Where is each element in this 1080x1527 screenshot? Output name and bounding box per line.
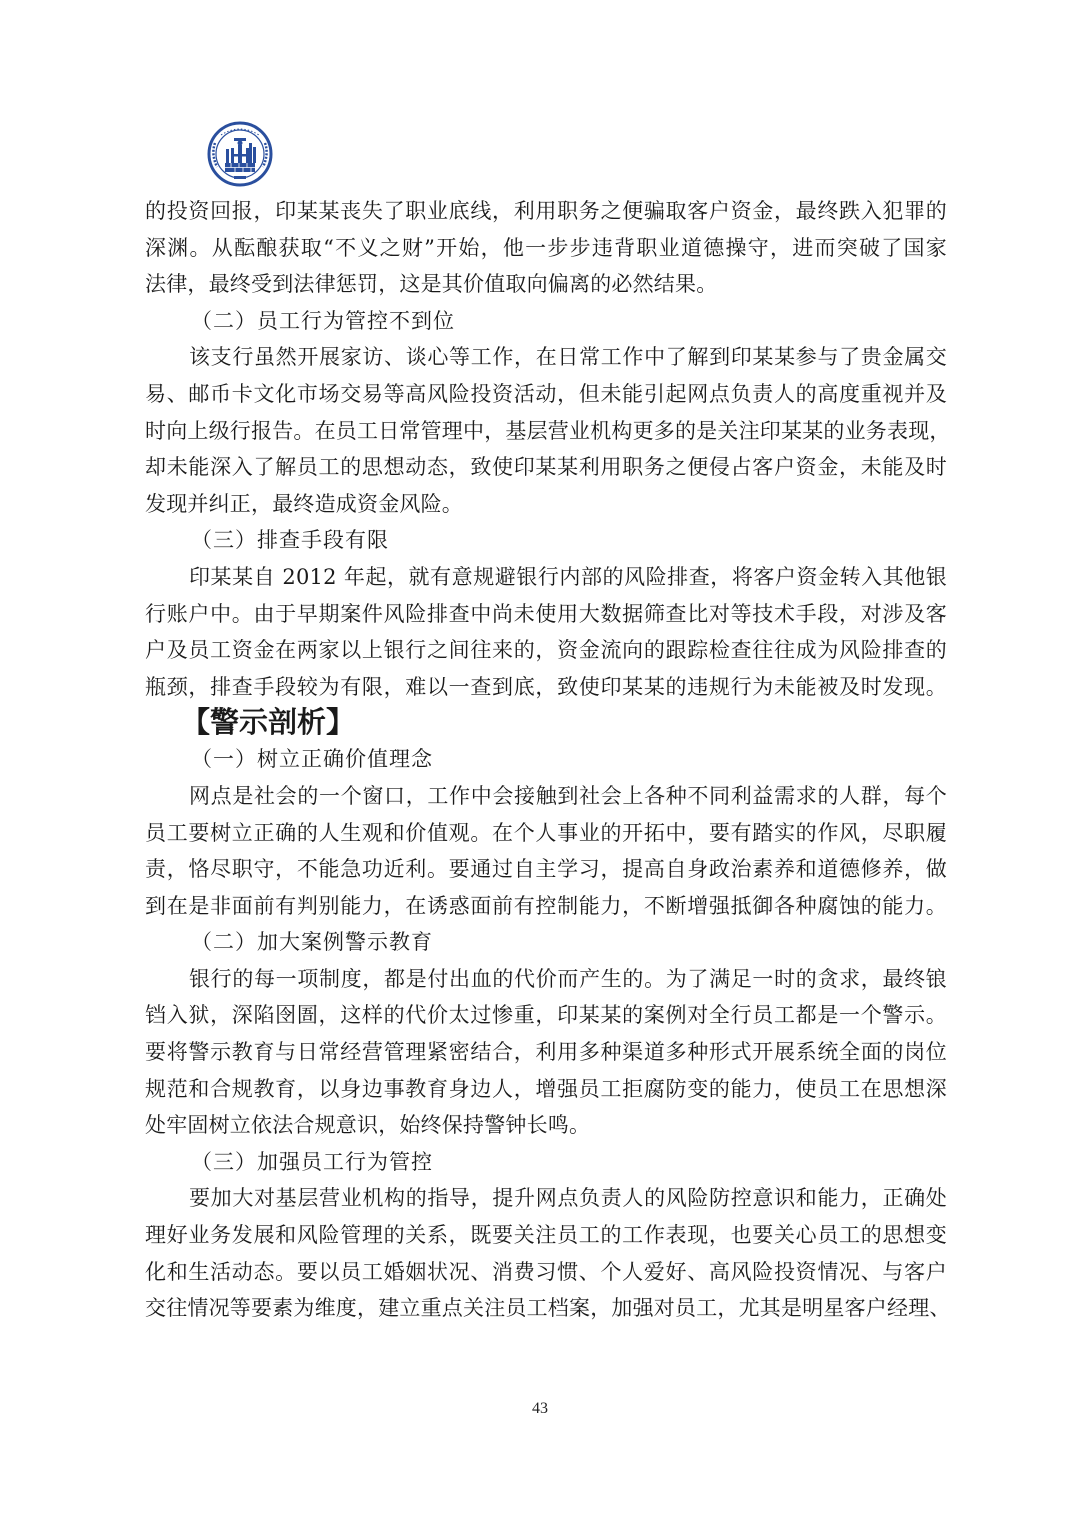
text-line: 交往情况等要素为维度，建立重点关注员工档案，加强对员工，尤其是明星客户经理、 [145, 1290, 947, 1327]
text-line: 时向上级行报告。在员工日常管理中，基层营业机构更多的是关注印某某的业务表现， [145, 413, 947, 450]
text-line: 网点是社会的一个窗口，工作中会接触到社会上各种不同利益需求的人群，每个 [145, 778, 947, 815]
paragraph: 要加大对基层营业机构的指导，提升网点负责人的风险防控意识和能力，正确处 理好业务… [145, 1180, 947, 1326]
subsection-heading: （三）排查手段有限 [145, 522, 947, 559]
text-line: 化和生活动态。要以员工婚姻状况、消费习惯、个人爱好、高风险投资情况、与客户 [145, 1254, 947, 1291]
text-line: 理好业务发展和风险管理的关系，既要关注员工的工作表现，也要关心员工的思想变 [145, 1217, 947, 1254]
text-line: 发现并纠正，最终造成资金风险。 [145, 486, 947, 523]
subsection-heading: （一）树立正确价值理念 [145, 741, 947, 778]
paragraph: 印某某自 2012 年起，就有意规避银行内部的风险排查，将客户资金转入其他银 行… [145, 559, 947, 705]
subsection-heading: （二）员工行为管控不到位 [145, 303, 947, 340]
text-line: 处牢固树立依法合规意识，始终保持警钟长鸣。 [145, 1107, 947, 1144]
text-line: 银行的每一项制度，都是付出血的代价而产生的。为了满足一时的贪求，最终锒 [145, 961, 947, 998]
paragraph-continued: 的投资回报，印某某丧失了职业底线，利用职务之便骗取客户资金，最终跌入犯罪的 深渊… [145, 193, 947, 303]
text-line: 铛入狱，深陷囹圄，这样的代价太过惨重，印某某的案例对全行员工都是一个警示。 [145, 997, 947, 1034]
text-line: 的投资回报，印某某丧失了职业底线，利用职务之便骗取客户资金，最终跌入犯罪的 [145, 193, 947, 230]
text-line: 到在是非面前有判别能力，在诱惑面前有控制能力，不断增强抵御各种腐蚀的能力。 [145, 888, 947, 925]
text-line: 该支行虽然开展家访、谈心等工作，在日常工作中了解到印某某参与了贵金属交 [145, 339, 947, 376]
text-line: 瓶颈，排查手段较为有限，难以一查到底，致使印某某的违规行为未能被及时发现。 [145, 669, 947, 706]
paragraph: 银行的每一项制度，都是付出血的代价而产生的。为了满足一时的贪求，最终锒 铛入狱，… [145, 961, 947, 1144]
text-line: 易、邮币卡文化市场交易等高风险投资活动，但未能引起网点负责人的高度重视并及 [145, 376, 947, 413]
subsection-heading: （二）加大案例警示教育 [145, 924, 947, 961]
subsection-heading: （三）加强员工行为管控 [145, 1144, 947, 1181]
document-body: 的投资回报，印某某丧失了职业底线，利用职务之便骗取客户资金，最终跌入犯罪的 深渊… [145, 193, 947, 1327]
text-line: 要加大对基层营业机构的指导，提升网点负责人的风险防控意识和能力，正确处 [145, 1180, 947, 1217]
text-line: 印某某自 2012 年起，就有意规避银行内部的风险排查，将客户资金转入其他银 [145, 559, 947, 596]
text-line: 深渊。从酝酿获取“不义之财”开始，他一步步违背职业道德操守，进而突破了国家 [145, 230, 947, 267]
bank-emblem-logo-icon [201, 121, 279, 187]
page-number: 43 [0, 1400, 1080, 1418]
paragraph: 该支行虽然开展家访、谈心等工作，在日常工作中了解到印某某参与了贵金属交 易、邮币… [145, 339, 947, 522]
text-line: 行账户中。由于早期案件风险排查中尚未使用大数据筛查比对等技术手段，对涉及客 [145, 596, 947, 633]
text-line: 法律，最终受到法律惩罚，这是其价值取向偏离的必然结果。 [145, 266, 947, 303]
section-title: 【警示剖析】 [145, 703, 947, 741]
text-line: 却未能深入了解员工的思想动态，致使印某某利用职务之便侵占客户资金，未能及时 [145, 449, 947, 486]
text-line: 要将警示教育与日常经营管理紧密结合，利用多种渠道多种形式开展系统全面的岗位 [145, 1034, 947, 1071]
text-line: 规范和合规教育，以身边事教育身边人，增强员工拒腐防变的能力，使员工在思想深 [145, 1071, 947, 1108]
text-line: 责，恪尽职守，不能急功近利。要通过自主学习，提高自身政治素养和道德修养，做 [145, 851, 947, 888]
paragraph: 网点是社会的一个窗口，工作中会接触到社会上各种不同利益需求的人群，每个 员工要树… [145, 778, 947, 924]
text-line: 户及员工资金在两家以上银行之间往来的，资金流向的跟踪检查往往成为风险排查的 [145, 632, 947, 669]
text-line: 员工要树立正确的人生观和价值观。在个人事业的开拓中，要有踏实的作风，尽职履 [145, 815, 947, 852]
